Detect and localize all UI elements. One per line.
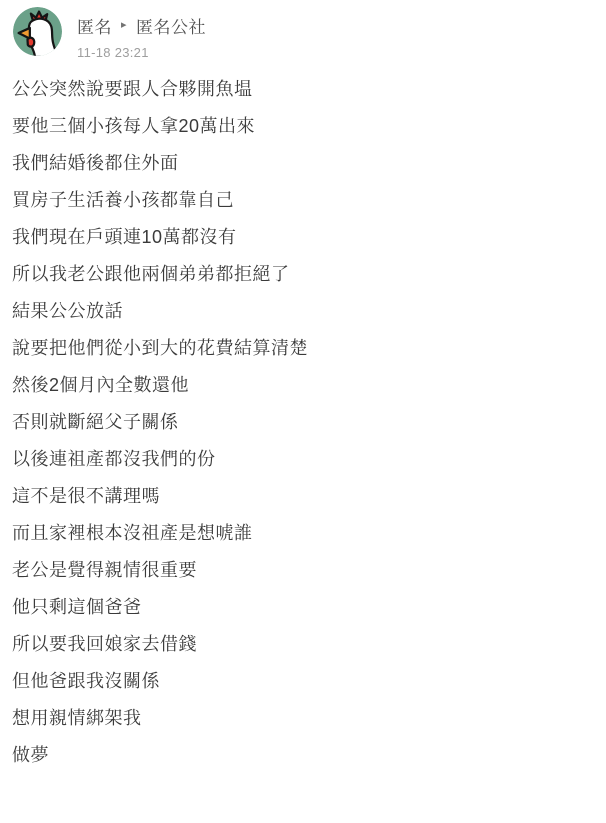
post-line: 買房子生活養小孩都靠自己 — [12, 191, 594, 209]
arrow-right-icon: ▸ — [121, 17, 127, 34]
post-line: 這不是很不講理嗎 — [12, 487, 594, 505]
name-row: 匿名 ▸ 匿名公社 — [77, 13, 206, 38]
post-header: 匿名 ▸ 匿名公社 11-18 23:21 — [0, 0, 606, 60]
post-card: 匿名 ▸ 匿名公社 11-18 23:21 公公突然說要跟人合夥開魚塭 要他三個… — [0, 0, 606, 823]
post-line: 想用親情綁架我 — [12, 709, 594, 727]
post-line: 但他爸跟我沒關係 — [12, 672, 594, 690]
author-name[interactable]: 匿名 — [77, 13, 112, 38]
post-line: 做夢 — [12, 746, 594, 764]
post-line: 以後連祖產都沒我們的份 — [12, 450, 594, 468]
post-line: 老公是覺得親情很重要 — [12, 561, 594, 579]
timestamp[interactable]: 11-18 23:21 — [77, 45, 206, 60]
post-line: 然後2個月內全數還他 — [12, 376, 594, 394]
chicken-icon — [13, 7, 62, 56]
post-line: 我們現在戶頭連10萬都沒有 — [12, 228, 594, 246]
post-line: 所以要我回娘家去借錢 — [12, 635, 594, 653]
post-meta: 匿名 ▸ 匿名公社 11-18 23:21 — [77, 7, 206, 60]
post-line: 說要把他們從小到大的花費結算清楚 — [12, 339, 594, 357]
post-line: 結果公公放話 — [12, 302, 594, 320]
avatar[interactable] — [13, 7, 62, 56]
post-line: 而且家裡根本沒祖產是想唬誰 — [12, 524, 594, 542]
post-line: 要他三個小孩每人拿20萬出來 — [12, 117, 594, 135]
post-line: 否則就斷絕父子關係 — [12, 413, 594, 431]
post-line: 他只剩這個爸爸 — [12, 598, 594, 616]
post-line: 公公突然說要跟人合夥開魚塭 — [12, 80, 594, 98]
post-line: 所以我老公跟他兩個弟弟都拒絕了 — [12, 265, 594, 283]
post-line: 我們結婚後都住外面 — [12, 154, 594, 172]
post-body: 公公突然說要跟人合夥開魚塭 要他三個小孩每人拿20萬出來 我們結婚後都住外面 買… — [0, 60, 606, 764]
group-name[interactable]: 匿名公社 — [136, 13, 206, 38]
